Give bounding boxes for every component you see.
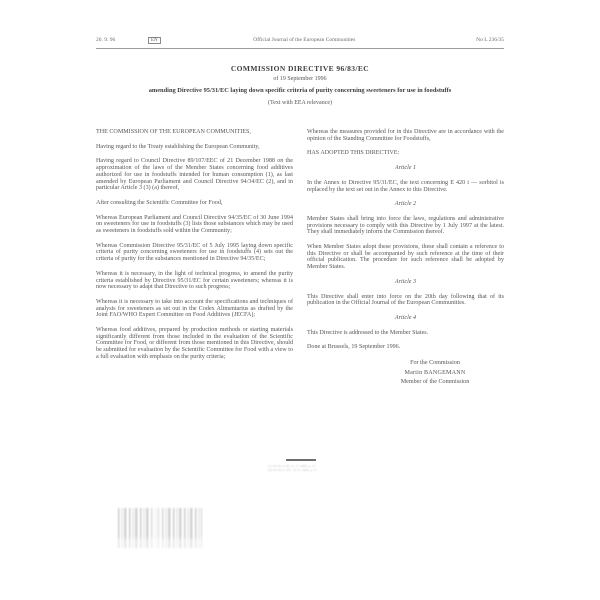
paragraph: Having regard to Council Directive 89/10… <box>96 158 293 192</box>
signature-block: For the Commission Martin BANGEMANN Memb… <box>365 359 505 388</box>
paragraph: Whereas Commission Directive 95/31/EC of… <box>96 243 293 263</box>
directive-subtitle: amending Directive 95/31/EC laying down … <box>120 87 480 94</box>
article-3-heading: Article 3 <box>307 279 504 286</box>
footnote: (2) OJ No L 237, 10. 9. 1994, p. 3. <box>268 468 334 473</box>
eea-relevance-note: (Text with EEA relevance) <box>120 100 480 106</box>
page-header: 20. 9. 96 EN Official Journal of the Eur… <box>96 37 504 44</box>
right-column: Whereas the measures provided for in thi… <box>307 129 504 388</box>
article-2-heading: Article 2 <box>307 201 504 208</box>
directive-title: COMMISSION DIRECTIVE 96/83/EC <box>120 64 480 73</box>
paragraph: Whereas it is necessary to take into acc… <box>96 299 293 319</box>
header-date: 20. 9. 96 <box>96 37 148 43</box>
footnote-divider <box>286 459 316 461</box>
paragraph: Member States shall bring into force the… <box>307 216 504 236</box>
signatory-name: Martin BANGEMANN <box>365 369 505 379</box>
page-reference: No L 236/35 <box>440 37 504 43</box>
header-divider <box>96 48 504 49</box>
language-code-badge: EN <box>148 37 161 44</box>
article-4-heading: Article 4 <box>307 315 504 322</box>
paragraph: When Member States adopt these provision… <box>307 244 504 271</box>
done-at-line: Done at Brussels, 19 September 1996. <box>307 344 504 351</box>
paragraph: Whereas food additives, prepared by prod… <box>96 327 293 361</box>
paragraph: Whereas European Parliament and Council … <box>96 215 293 235</box>
article-1-heading: Article 1 <box>307 165 504 172</box>
paragraph: Whereas the measures provided for in thi… <box>307 129 504 142</box>
paragraph: After consulting the Scientific Committe… <box>96 200 293 207</box>
paragraph: This Directive shall enter into force on… <box>307 294 504 307</box>
left-column: THE COMMISSION OF THE EUROPEAN COMMUNITI… <box>96 129 293 388</box>
journal-title: Official Journal of the European Communi… <box>169 37 440 43</box>
document-page: 20. 9. 96 EN Official Journal of the Eur… <box>0 0 600 600</box>
footnote-items: (1) OJ No L 40, 11. 2. 1989, p. 27. (2) … <box>268 464 334 473</box>
paragraph: In the Annex to Directive 95/31/EC, the … <box>307 180 504 193</box>
paragraph: This Directive is addressed to the Membe… <box>307 330 504 337</box>
enacting-formula: HAS ADOPTED THIS DIRECTIVE: <box>307 150 504 157</box>
barcode-stamp-icon <box>118 508 202 548</box>
paragraph: Whereas it is necessary, in the light of… <box>96 271 293 291</box>
paragraph: Having regard to the Treaty establishing… <box>96 144 293 151</box>
title-block: COMMISSION DIRECTIVE 96/83/EC of 19 Sept… <box>120 64 480 106</box>
barcode-stamp-texture <box>118 508 202 548</box>
signatory-title: Member of the Commission <box>365 378 505 388</box>
directive-date: of 19 September 1996 <box>120 76 480 82</box>
document-body: THE COMMISSION OF THE EUROPEAN COMMUNITI… <box>96 129 504 388</box>
footnote-block: (1) OJ No L 40, 11. 2. 1989, p. 27. (2) … <box>268 459 334 473</box>
signature-for-line: For the Commission <box>365 359 505 369</box>
paragraph: THE COMMISSION OF THE EUROPEAN COMMUNITI… <box>96 129 293 136</box>
